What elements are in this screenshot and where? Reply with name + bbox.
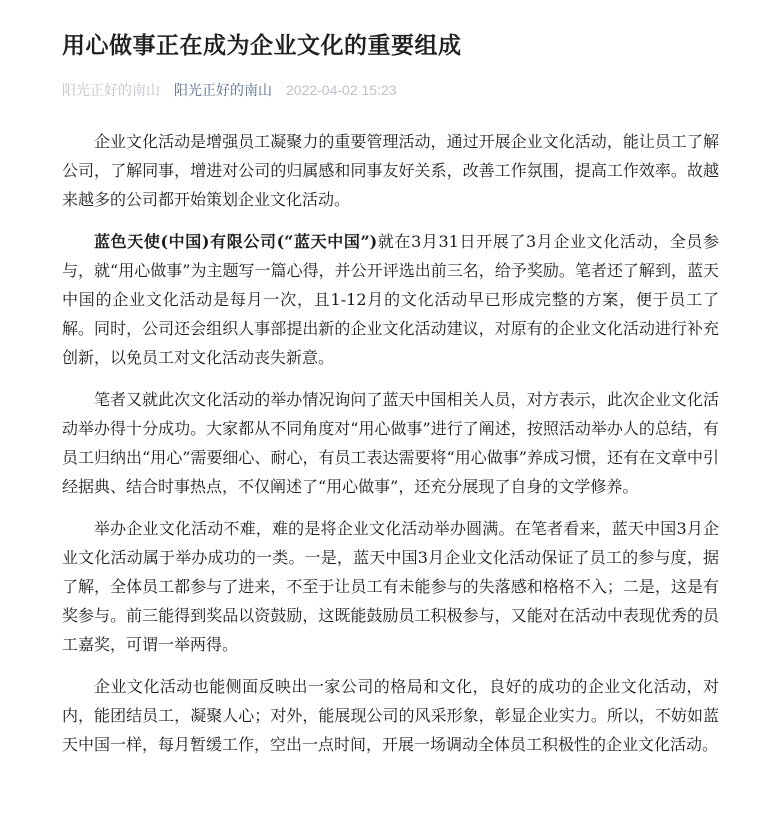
byline-author-link[interactable]: 阳光正好的南山 (174, 80, 272, 100)
byline: 阳光正好的南山 阳光正好的南山 2022-04-02 15:23 (62, 80, 719, 100)
byline-source-label: 阳光正好的南山 (62, 80, 160, 100)
paragraph-1: 企业文化活动是增强员工凝聚力的重要管理活动，通过开展企业文化活动，能让员工了解公… (62, 127, 719, 214)
paragraph-2-text: 就在3月31日开展了3月企业文化活动，全员参与，就“用心做事”为主题写一篇心得，… (62, 232, 719, 367)
article-title: 用心做事正在成为企业文化的重要组成 (62, 30, 719, 60)
paragraph-2-company-name: 蓝色天使(中国)有限公司(“蓝天中国”) (94, 232, 377, 251)
paragraph-3: 笔者又就此次文化活动的举办情况询问了蓝天中国相关人员，对方表示，此次企业文化活动… (62, 385, 719, 501)
paragraph-5: 企业文化活动也能侧面反映出一家公司的格局和文化，良好的成功的企业文化活动，对内，… (62, 672, 719, 759)
paragraph-5-text: 企业文化活动也能侧面反映出一家公司的格局和文化，良好的成功的企业文化活动，对内，… (62, 677, 719, 754)
paragraph-4-text: 举办企业文化活动不难，难的是将企业文化活动举办圆满。在笔者看来，蓝天中国3月企业… (62, 519, 719, 654)
paragraph-4: 举办企业文化活动不难，难的是将企业文化活动举办圆满。在笔者看来，蓝天中国3月企业… (62, 514, 719, 659)
article-content: 企业文化活动是增强员工凝聚力的重要管理活动，通过开展企业文化活动，能让员工了解公… (62, 127, 719, 759)
paragraph-2: 蓝色天使(中国)有限公司(“蓝天中国”)就在3月31日开展了3月企业文化活动，全… (62, 227, 719, 372)
byline-timestamp: 2022-04-02 15:23 (286, 80, 397, 100)
article-page: 用心做事正在成为企业文化的重要组成 阳光正好的南山 阳光正好的南山 2022-0… (0, 0, 776, 759)
paragraph-3-text: 笔者又就此次文化活动的举办情况询问了蓝天中国相关人员，对方表示，此次企业文化活动… (62, 390, 719, 496)
paragraph-1-text: 企业文化活动是增强员工凝聚力的重要管理活动，通过开展企业文化活动，能让员工了解公… (62, 132, 719, 209)
